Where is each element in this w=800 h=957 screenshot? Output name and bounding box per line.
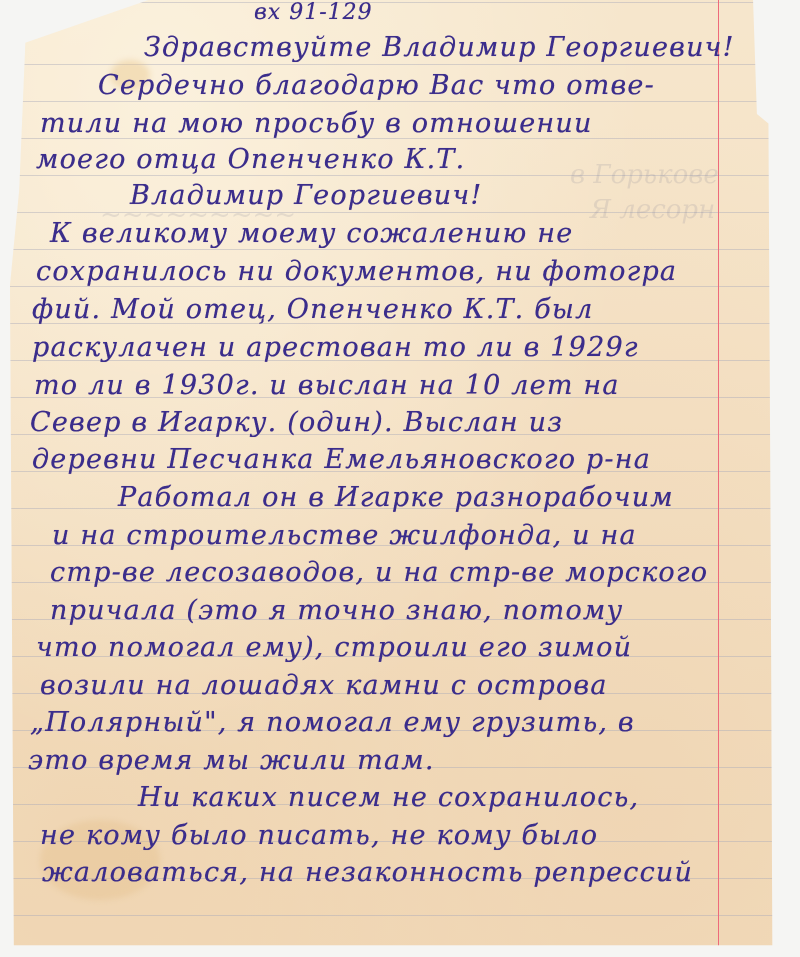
letter-line-2: Сердечно благодарю Вас что отве- [98,72,655,99]
letter-line-10: то ли в 1930г. и выслан на 10 лет на [34,372,620,399]
letter-line-5-address: Владимир Георгиевич! [130,182,482,209]
letter-line-9: раскулачен и арестован то ли в 1929г [32,334,639,361]
letter-sheet: в Горькове Я лесорн ~~~~~~~~~ вх 91-129 … [10,0,780,950]
letter-line-6: К великому моему сожалению не [50,220,573,247]
letter-line-18: возили на лошадях камни с острова [40,672,608,699]
letter-line-1-greeting: Здравствуйте Владимир Георгиевич! [144,34,735,61]
letter-line-20: это время мы жили там. [28,747,435,774]
page-background: в Горькове Я лесорн ~~~~~~~~~ вх 91-129 … [0,0,800,957]
letter-line-7: сохранилось ни документов, ни фотогра [36,258,677,285]
letter-line-21: Ни каких писем не сохранилось, [138,784,639,811]
letter-line-17: что помогал ему), строили его зимой [36,634,632,661]
letter-line-23: жаловаться, на незаконность репрессий [42,859,693,886]
letter-line-15: стр-ве лесозаводов, и на стр-ве морского [50,559,708,586]
letter-line-11: Север в Игарку. (один). Выслан из [30,409,563,436]
letter-line-12: деревни Песчанка Емельяновского р-на [32,446,651,473]
registration-mark: вх 91-129 [254,2,373,24]
letter-line-14: и на строительстве жилфонда, и на [52,522,637,549]
letter-line-13: Работал он в Игарке разнорабочим [118,484,674,511]
letter-line-19: „Полярный", я помогал ему грузить, в [30,709,635,736]
letter-line-8: фий. Мой отец, Опенченко К.Т. был [32,296,594,323]
letter-line-3: тили на мою просьбу в отношении [40,110,593,137]
red-margin-line [718,0,719,950]
letter-line-22: не кому было писать, не кому было [40,822,598,849]
letter-line-16: причала (это я точно знаю, потому [50,597,623,624]
letter-line-4: моего отца Опенченко К.Т. [36,146,465,173]
